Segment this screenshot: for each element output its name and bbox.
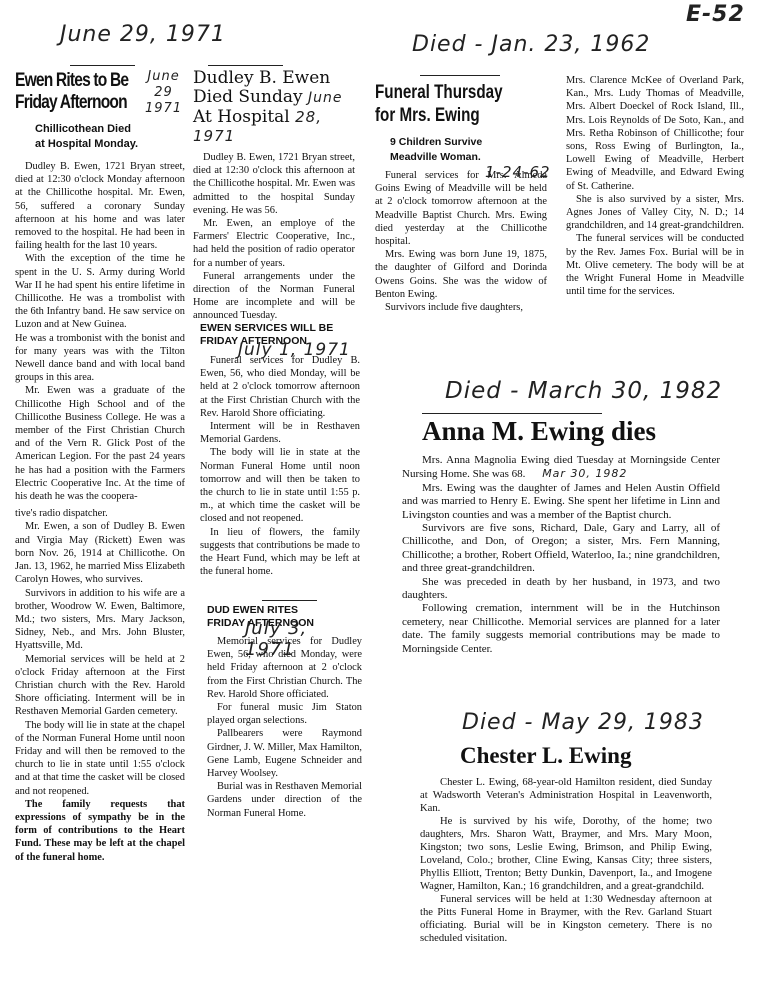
headline: Anna M. Ewing dies [422,416,732,446]
page-corner-mark: E-52 [686,2,745,27]
obituary-clipping-ewen-rites: Ewen Rites to Be Friday Afternoon June 2… [15,65,190,864]
handwritten-date: Died - May 29, 1983 [462,710,704,735]
article-body: Chester L. Ewing, 68-year-old Hamilton r… [420,776,712,945]
obituary-clipping-funeral-thursday-continued: Mrs. Clarence McKee of Overland Park, Ka… [566,74,746,298]
article-body: Mrs. Clarence McKee of Overland Park, Ka… [566,74,744,298]
headline-rule [422,413,602,414]
headline: Funeral Thursday for Mrs. Ewing [375,81,543,127]
obituary-clipping-died-sunday: Dudley B. Ewen Died Sunday June At Hospi… [193,65,358,323]
margin-note: July 1, 1971 [238,340,351,360]
obituary-clipping-services-friday: EWEN SERVICES WILL BE FRIDAY AFTERNOON J… [200,322,362,578]
article-body: Funeral services for Dudley B. Ewen, 56,… [200,354,360,578]
headline: Dudley B. Ewen Died Sunday June At Hospi… [193,69,358,146]
margin-note: July 3, 1971 [245,618,362,660]
margin-note: 1-24-62 [485,163,551,181]
headline-rule [420,75,500,76]
article-body: Dudley B. Ewen, 1721 Bryan street, died … [15,160,185,864]
handwritten-date: Died - March 30, 1982 [445,378,722,404]
article-body: Funeral services for Mrs. Almeda Goins E… [375,169,547,314]
handwritten-date: Died - Jan. 23, 1962 [412,32,650,57]
margin-note: Mar 30, 1982 [542,467,627,480]
article-body: Dudley B. Ewen, 1721 Bryan street, died … [193,151,355,323]
headline-rule [262,600,317,601]
subheadline: 9 Children Survive Meadville Woman. [390,135,555,165]
obituary-clipping-chester-l-ewing: Chester L. Ewing Chester L. Ewing, 68-ye… [420,742,720,945]
headline-rule [70,65,135,66]
article-body: Mrs. Anna Magnolia Ewing died Tuesday at… [402,454,720,656]
handwritten-date: June 29, 1971 [60,22,226,47]
headline: Chester L. Ewing [460,742,720,770]
margin-note: June 29 1971 [145,69,182,117]
margin-note: June [308,90,343,106]
obituary-clipping-dud-ewen-rites: DUD EWEN RITES FRIDAY AFTERNOON July 3, … [207,600,362,820]
obituary-clipping-anna-m-ewing: Anna M. Ewing dies Mrs. Anna Magnolia Ew… [402,413,732,656]
headline-rule [208,65,283,66]
subheadline: Chillicothean Died at Hospital Monday. [35,122,190,152]
article-body: Memorial services for Dudley Ewen, 56, w… [207,635,362,820]
obituary-clipping-funeral-thursday: Funeral Thursday for Mrs. Ewing 9 Childr… [375,75,555,314]
